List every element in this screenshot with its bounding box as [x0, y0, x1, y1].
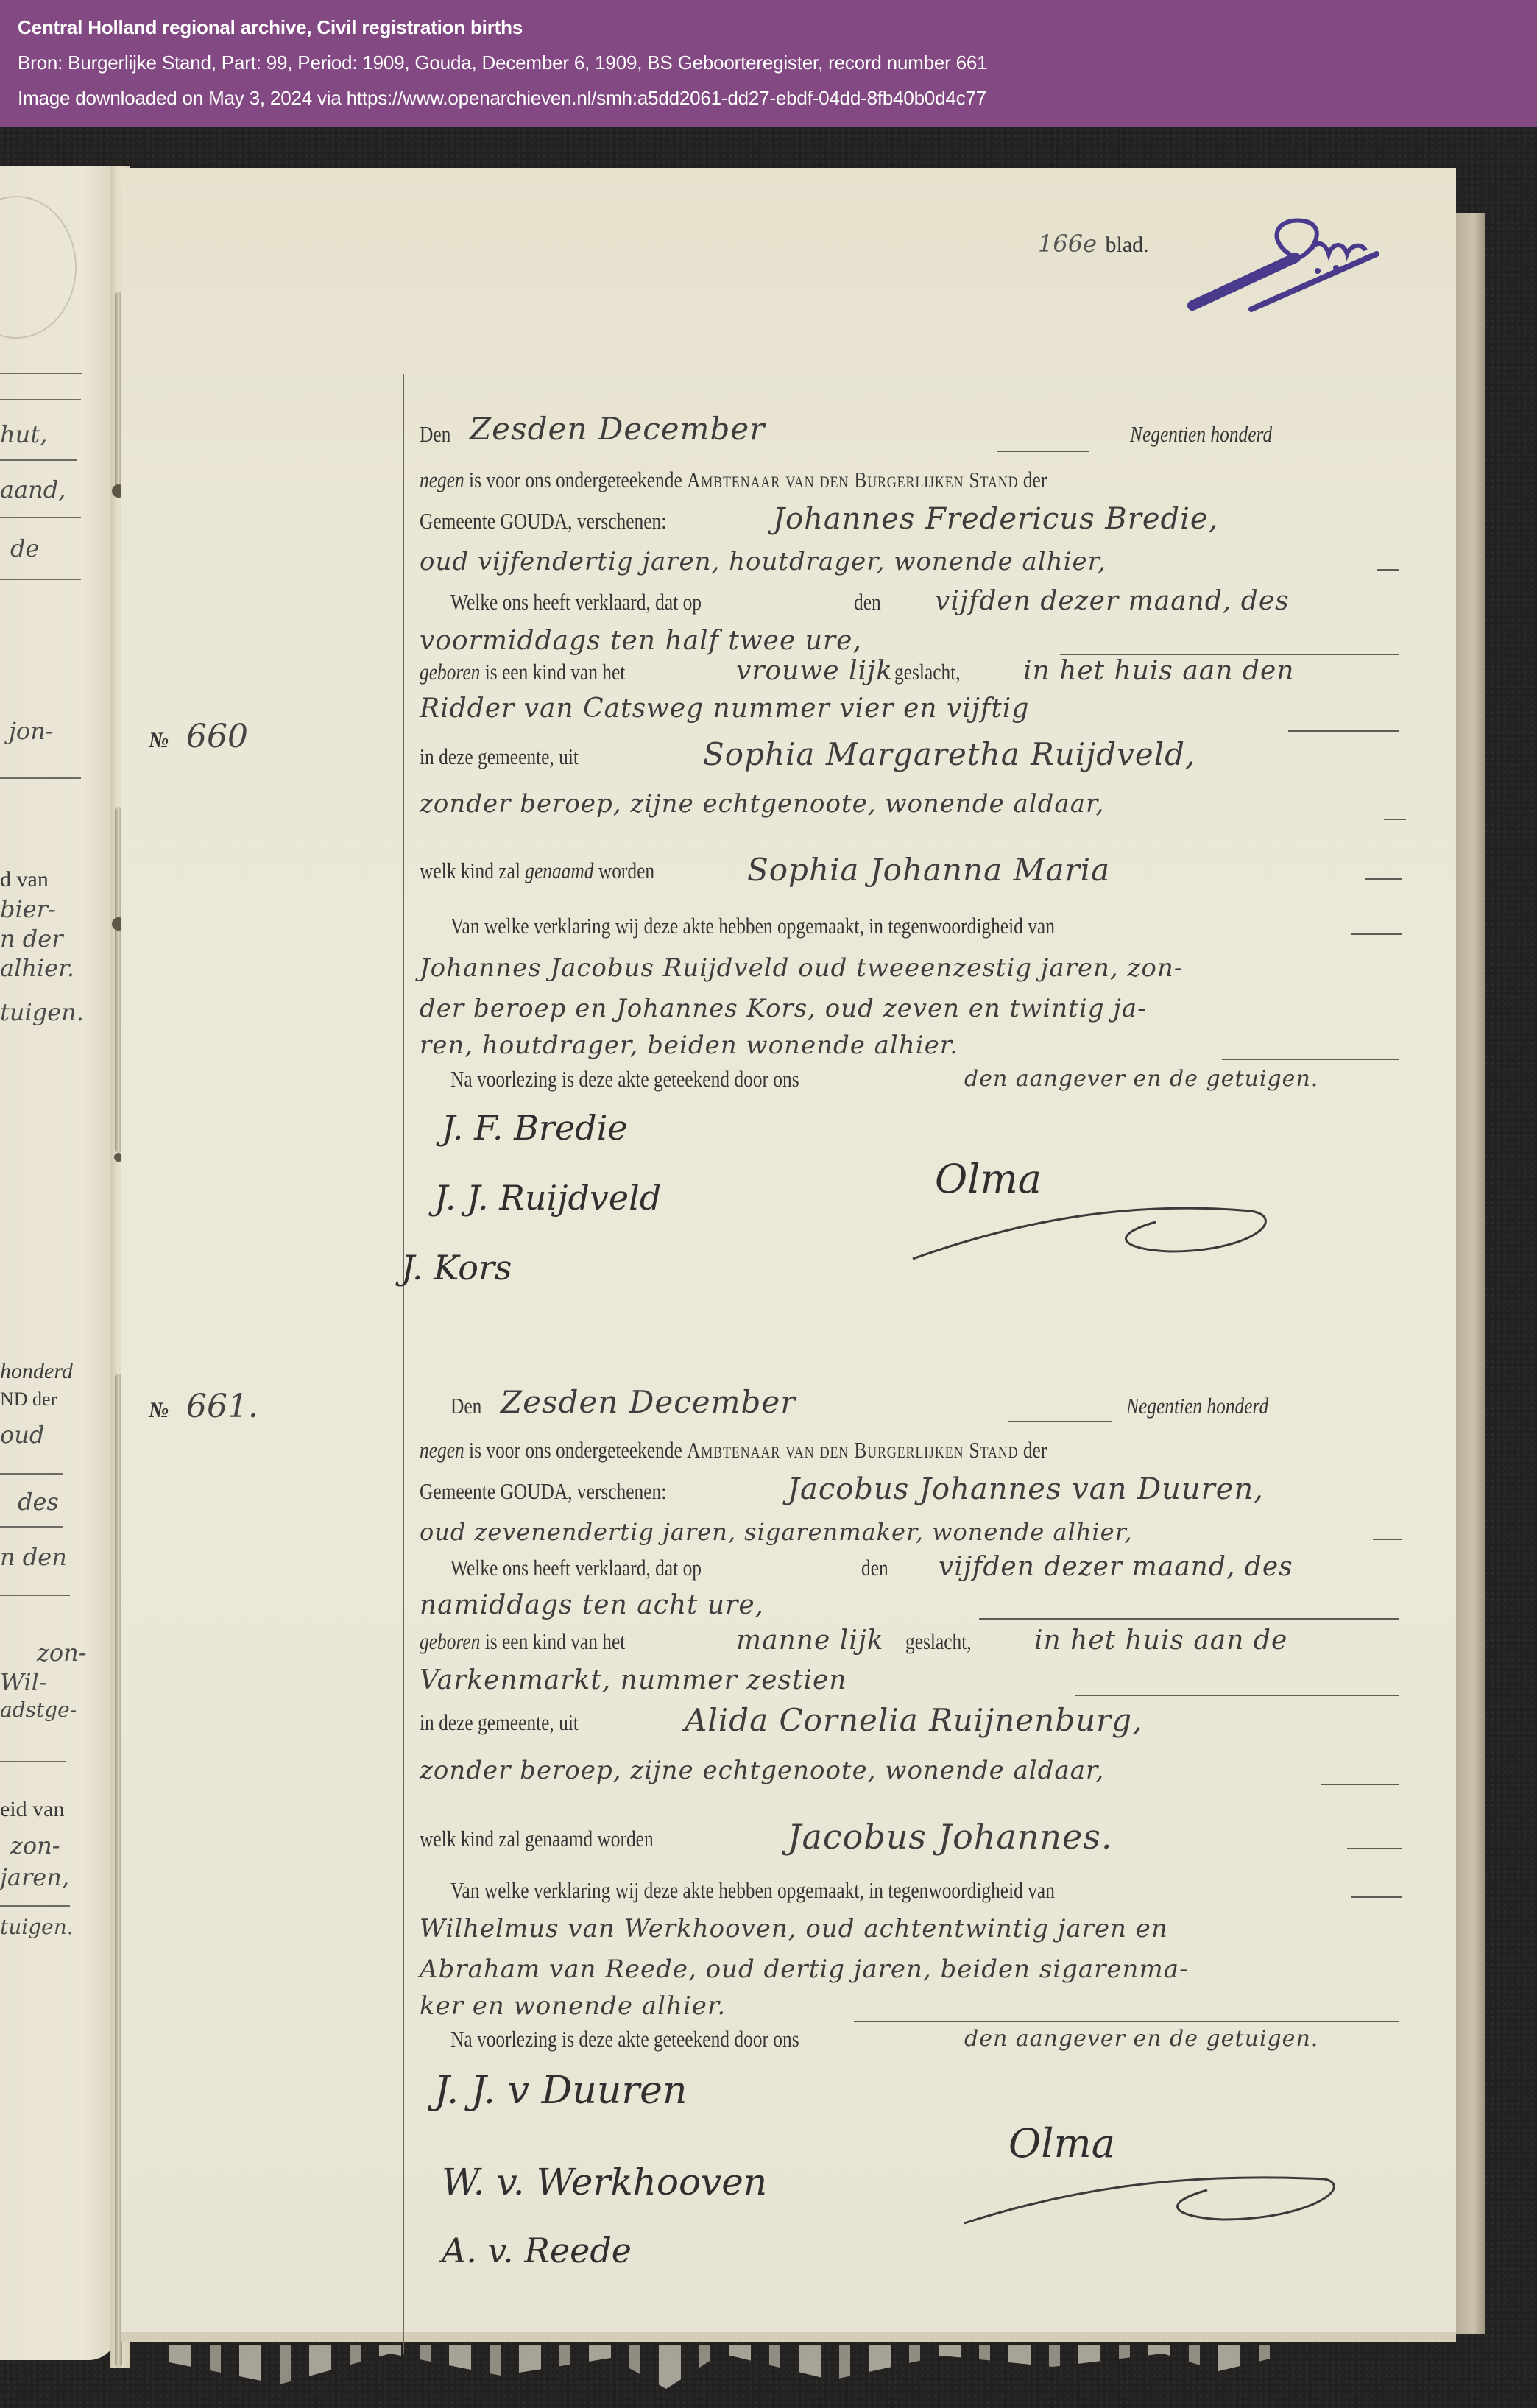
- record-number-value: 661.: [186, 1388, 258, 1425]
- left-fragment: n der: [0, 925, 63, 953]
- handwritten-birth-day: vijfden dezer maand, des: [935, 586, 1290, 616]
- record-line: Den Zesden December Negentien honderd: [420, 1393, 1399, 1437]
- handwritten-declarant: Jacobus Johannes van Duuren,: [788, 1472, 1264, 1506]
- printed-text: genaamd: [525, 858, 593, 883]
- handwritten-text: den aangever en de getuigen.: [964, 2026, 1318, 2052]
- record-line: Johannes Jacobus Ruijdveld oud tweeenzes…: [420, 953, 1399, 998]
- dash-line: [979, 1618, 1399, 1620]
- record-line: Den Zesden December Negentien honderd: [420, 421, 1399, 465]
- printed-text: is voor ons ondergeteekende: [469, 1437, 682, 1463]
- left-fragment: de: [10, 534, 39, 562]
- handwritten-witness: Abraham van Reede, oud dertig jaren, bei…: [420, 1955, 1188, 1984]
- left-fragment: ND der: [0, 1388, 57, 1410]
- printed-text: is een kind van het: [485, 1628, 626, 1654]
- printed-text: Gemeente GOUDA, verschenen:: [420, 508, 666, 534]
- printed-text: geslacht,: [905, 1628, 972, 1655]
- left-fragment: zon-: [10, 1832, 60, 1860]
- page-edge: [1456, 213, 1485, 2334]
- rule-line: [0, 373, 82, 374]
- rule-line: [0, 1473, 63, 1475]
- record-line: Na voorlezing is deze akte geteekend doo…: [420, 2026, 1399, 2070]
- record-line: Gemeente GOUDA, verschenen: Jacobus Joha…: [420, 1478, 1399, 1522]
- signature-declarant: J. F. Bredie: [442, 1108, 628, 1148]
- handwritten-witness: ren, houtdrager, beiden wonende alhier.: [420, 1031, 958, 1060]
- number-sign: №: [149, 728, 169, 752]
- record-line: Ridder van Catsweg nummer vier en vijfti…: [420, 693, 1399, 738]
- rule-line: [0, 777, 81, 779]
- printed-year-suffix: negen: [420, 467, 464, 492]
- signature-flourish-icon: [905, 1193, 1288, 1266]
- record-line: Gemeente GOUDA, verschenen: Johannes Fre…: [420, 508, 1399, 552]
- rule-line: [0, 1761, 66, 1762]
- left-fragment: tuigen.: [0, 998, 84, 1026]
- printed-text: Gemeente GOUDA, verschenen:: [420, 1478, 666, 1505]
- record-number-660: № 660: [149, 718, 248, 755]
- dash-line: [1373, 1539, 1402, 1540]
- printed-text: der: [1023, 467, 1047, 492]
- left-fragment: eid van: [0, 1797, 64, 1822]
- printed-text: is een kind van het: [485, 659, 626, 685]
- printed-text: geboren: [420, 659, 480, 685]
- handwritten-sex: vrouwe lijk: [736, 656, 893, 686]
- printed-official-title: Ambtenaar van den Burgerlijken Stand: [687, 1437, 1018, 1463]
- signature-witness: A. v. Reede: [442, 2231, 632, 2270]
- record-line: oud vijfendertig jaren, houtdrager, wone…: [420, 547, 1399, 591]
- dash-line: [1008, 1421, 1112, 1422]
- left-fragment: n den: [0, 1543, 67, 1571]
- printed-year-prefix: Negentien honderd: [1130, 421, 1272, 447]
- printed-text: welk kind zal: [420, 858, 520, 883]
- dash-line: [1222, 1059, 1399, 1060]
- handwritten-declarant-details: oud vijfendertig jaren, houtdrager, wone…: [420, 547, 1106, 576]
- printed-text: in deze gemeente, uit: [420, 744, 579, 770]
- left-fragment: d van: [0, 867, 49, 892]
- printed-text: Van welke verklaring wij deze akte hebbe…: [451, 1877, 1055, 1904]
- record-line: zonder beroep, zijne echtgenoote, wonend…: [420, 1756, 1399, 1800]
- signature-witness: W. v. Werkhooven: [442, 2161, 767, 2203]
- printed-text: worden: [598, 858, 654, 883]
- record-line: in deze gemeente, uit Alida Cornelia Rui…: [420, 1709, 1399, 1754]
- signature-witness: J. J. Ruijdveld: [434, 1178, 661, 1218]
- printed-text: der: [1023, 1437, 1047, 1463]
- printed-text: is voor ons ondergeteekende: [469, 467, 682, 492]
- left-fragment: jon-: [9, 717, 54, 745]
- rule-line: [0, 1526, 63, 1528]
- printed-text: geboren: [420, 1628, 480, 1654]
- record-line: zonder beroep, zijne echtgenoote, wonend…: [420, 789, 1399, 833]
- rule-line: [0, 399, 81, 400]
- printed-text: Na voorlezing is deze akte geteekend doo…: [451, 1066, 799, 1092]
- handwritten-witness: Johannes Jacobus Ruijdveld oud tweeenzes…: [420, 953, 1183, 983]
- rule-line: [0, 1595, 70, 1596]
- embossed-seal-icon: [0, 196, 77, 339]
- dash-line: [1377, 569, 1399, 571]
- rule-line: [0, 579, 81, 580]
- handwritten-place: Varkenmarkt, nummer zestien: [420, 1665, 847, 1695]
- handwritten-witness: ker en wonende alhier.: [420, 1991, 726, 2021]
- dash-line: [1288, 730, 1399, 732]
- handwritten-declarant: Johannes Fredericus Bredie,: [773, 502, 1218, 536]
- handwritten-mother: Sophia Margaretha Ruijdveld,: [703, 736, 1195, 772]
- download-note: Image downloaded on May 3, 2024 via http…: [18, 87, 986, 109]
- printed-year-suffix: negen: [420, 1437, 464, 1463]
- rule-line: [0, 517, 81, 518]
- dash-line: [1060, 654, 1399, 655]
- printed-official-title: Ambtenaar van den Burgerlijken Stand: [687, 467, 1018, 492]
- margin-rule: [403, 374, 404, 2354]
- handwritten-birth-time: voormiddags ten half twee ure,: [420, 626, 862, 656]
- dash-line: [854, 2021, 1399, 2022]
- dash-line: [1347, 1848, 1402, 1849]
- handwritten-place: in het huis aan de: [1034, 1625, 1287, 1656]
- left-fragment: jaren,: [0, 1863, 69, 1891]
- handwritten-child-name: Jacobus Johannes.: [788, 1817, 1113, 1857]
- printed-text: Den: [451, 1393, 481, 1419]
- dash-line: [997, 451, 1089, 452]
- printed-text: worden: [597, 1826, 653, 1851]
- record-line: welk kind zal genaamd worden Sophia Joha…: [420, 858, 1399, 902]
- left-fragment: oud: [0, 1421, 44, 1449]
- folio-number: 166e blad.: [1038, 230, 1149, 258]
- record-line: Wilhelmus van Werkhooven, oud achtentwin…: [420, 1914, 1399, 1958]
- handwritten-place: in het huis aan den: [1023, 656, 1294, 686]
- handwritten-declarant-details: oud zevenendertig jaren, sigarenmaker, w…: [420, 1518, 1133, 1546]
- handwritten-child-name: Sophia Johanna Maria: [747, 852, 1110, 888]
- left-fragment: aand,: [0, 476, 66, 504]
- official-initials-stamp-icon: [1185, 213, 1391, 317]
- left-page: hut, aand, de jon- d van bier- n der alh…: [0, 166, 118, 2360]
- dash-line: [1321, 1784, 1399, 1785]
- record-line: welk kind zal genaamd worden Jacobus Joh…: [420, 1826, 1399, 1870]
- printed-text: in deze gemeente, uit: [420, 1709, 579, 1736]
- handwritten-mother-details: zonder beroep, zijne echtgenoote, wonend…: [420, 789, 1104, 819]
- archive-banner: Central Holland regional archive, Civil …: [0, 0, 1537, 127]
- left-fragment: honderd: [0, 1359, 73, 1384]
- handwritten-mother-details: zonder beroep, zijne echtgenoote, wonend…: [420, 1756, 1104, 1785]
- printed-text: welk kind zal: [420, 1826, 520, 1851]
- signature-witness: J. Kors: [401, 1248, 512, 1288]
- rule-line: [0, 1905, 70, 1907]
- record-number-661: № 661.: [149, 1388, 258, 1425]
- printed-text: Den: [420, 421, 451, 448]
- folio-label: blad.: [1106, 233, 1149, 257]
- handwritten-witness: der beroep en Johannes Kors, oud zeven e…: [420, 994, 1147, 1023]
- printed-text: geslacht,: [894, 659, 961, 685]
- handwritten-witness: Wilhelmus van Werkhooven, oud achtentwin…: [420, 1914, 1168, 1943]
- dash-line: [1365, 878, 1402, 880]
- left-fragment: zon-: [37, 1639, 87, 1667]
- left-fragment: adstge-: [0, 1698, 77, 1722]
- handwritten-mother: Alida Cornelia Ruijnenburg,: [685, 1702, 1142, 1738]
- printed-text: Na voorlezing is deze akte geteekend doo…: [451, 2026, 799, 2052]
- handwritten-birth-day: vijfden dezer maand, des: [939, 1552, 1293, 1582]
- handwritten-place: Ridder van Catsweg nummer vier en vijfti…: [420, 693, 1029, 724]
- printed-text: den: [854, 589, 881, 615]
- dash-line: [1384, 819, 1406, 820]
- printed-text: genaamd: [525, 1826, 593, 1851]
- handwritten-birth-time: namiddags ten acht ure,: [420, 1590, 764, 1620]
- folio-value: 166e: [1038, 230, 1097, 258]
- rule-line: [0, 459, 77, 461]
- left-fragment: Wil-: [0, 1668, 47, 1696]
- dash-line: [1351, 933, 1402, 935]
- signature-declarant: J. J. v Duuren: [434, 2069, 687, 2113]
- left-fragment: tuigen.: [0, 1915, 74, 1939]
- left-fragment: alhier.: [0, 954, 74, 982]
- record-line: Na voorlezing is deze akte geteekend doo…: [420, 1066, 1399, 1110]
- printed-text: Welke ons heeft verklaard, dat op: [451, 1555, 702, 1581]
- dash-line: [1351, 1896, 1402, 1898]
- handwritten-date: Zesden December: [470, 411, 765, 447]
- left-fragment: bier-: [0, 895, 56, 923]
- source-citation: Bron: Burgerlijke Stand, Part: 99, Perio…: [18, 52, 987, 74]
- handwritten-sex: manne lijk: [736, 1625, 884, 1656]
- printed-year-prefix: Negentien honderd: [1126, 1393, 1268, 1419]
- archive-title: Central Holland regional archive, Civil …: [18, 16, 523, 38]
- printed-text: den: [861, 1555, 888, 1581]
- left-fragment: des: [18, 1488, 59, 1516]
- number-sign: №: [149, 1398, 169, 1422]
- handwritten-text: den aangever en de getuigen.: [964, 1066, 1318, 1092]
- printed-text: Welke ons heeft verklaard, dat op: [451, 589, 702, 615]
- printed-text: Van welke verklaring wij deze akte hebbe…: [451, 913, 1055, 939]
- record-line: in deze gemeente, uit Sophia Margaretha …: [420, 744, 1399, 788]
- record-number-value: 660: [186, 718, 248, 755]
- handwritten-date: Zesden December: [501, 1384, 796, 1420]
- dash-line: [1075, 1695, 1399, 1696]
- signature-flourish-icon: [957, 2150, 1340, 2231]
- left-fragment: hut,: [0, 420, 47, 448]
- record-line: Van welke verklaring wij deze akte hebbe…: [420, 913, 1399, 957]
